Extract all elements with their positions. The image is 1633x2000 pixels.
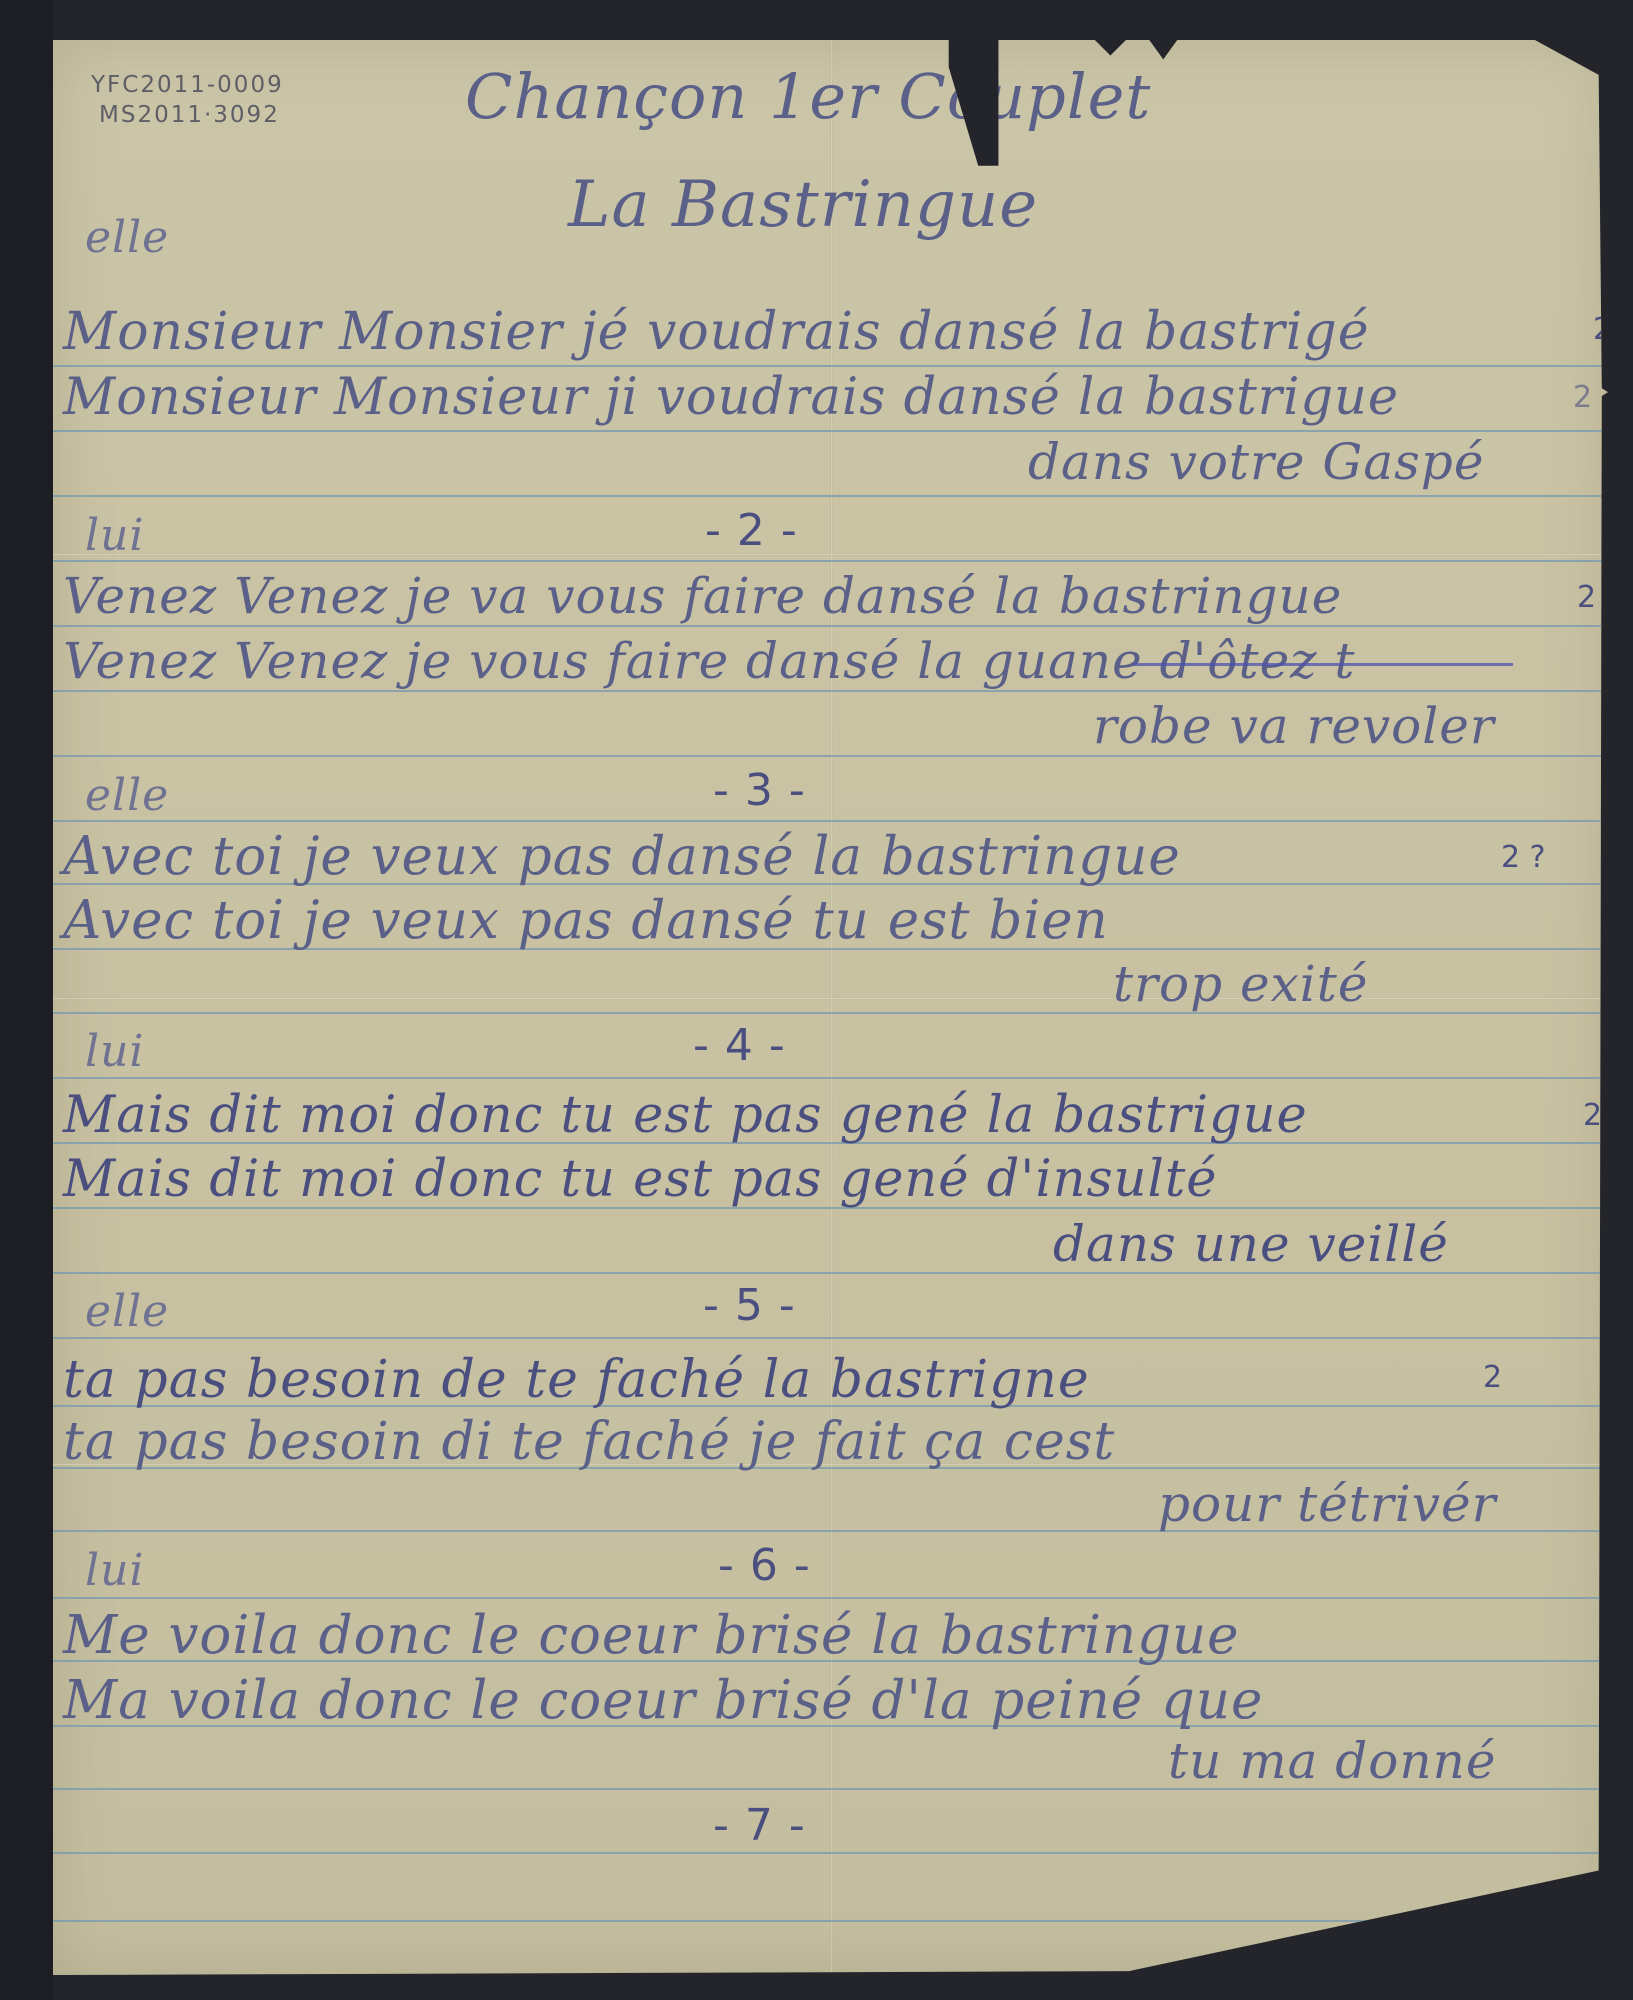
repeat-mark: 2 ? — [1501, 840, 1546, 875]
strikethrough-mark — [1133, 663, 1513, 666]
lyric-line: Venez Venez je vous faire dansé la guane… — [63, 632, 1355, 690]
ruled-line — [53, 495, 1608, 497]
scan-backdrop — [0, 0, 53, 2000]
verse-number: - 6 - — [718, 1540, 811, 1591]
ruled-line — [53, 560, 1608, 562]
lyric-line: Venez Venez je va vous faire dansé la ba… — [63, 567, 1342, 625]
lyric-line: ta pas besoin di te faché je fait ça ces… — [63, 1412, 1115, 1472]
lyric-line-continuation: dans une veillé — [1053, 1215, 1449, 1273]
lyric-line-continuation: trop exité — [1113, 955, 1368, 1013]
ruled-line — [53, 820, 1608, 822]
speaker-label: elle — [85, 1286, 169, 1337]
repeat-mark: 2 — [1577, 580, 1596, 615]
repeat-mark: 2 — [1593, 312, 1612, 347]
accession-number: YFC2011-0009 — [91, 72, 284, 98]
verse-number: - 7 - — [713, 1800, 806, 1851]
ruled-line — [53, 625, 1608, 627]
accession-number: MS2011·3092 — [99, 102, 280, 128]
ruled-line — [53, 690, 1608, 692]
ruled-line — [53, 1012, 1608, 1014]
lyric-line-continuation: robe va revoler — [1093, 697, 1495, 755]
lyric-line-continuation: tu ma donné — [1168, 1732, 1496, 1790]
lyric-line-continuation: pour tétrivér — [1158, 1475, 1497, 1533]
lyric-line: Avec toi je veux pas dansé tu est bien — [63, 890, 1109, 951]
lyric-line: Ma voila donc le coeur brisé d'la peiné … — [63, 1670, 1263, 1731]
lyric-line: Mais dit moi donc tu est pas gené la bas… — [63, 1086, 1308, 1145]
song-title-line-2: La Bastringue — [568, 168, 1038, 242]
lyric-line-continuation: dans votre Gaspé — [1028, 433, 1484, 491]
ruled-line — [53, 1337, 1608, 1339]
speaker-label: elle — [85, 212, 169, 263]
lyric-line: Me voila donc le coeur brisé la bastring… — [63, 1605, 1240, 1666]
speaker-label: lui — [85, 1545, 144, 1596]
verse-number: - 4 - — [693, 1020, 786, 1071]
ruled-line — [53, 430, 1608, 432]
horizontal-fold-crease — [53, 997, 1608, 1000]
ruled-line — [53, 1077, 1608, 1079]
ruled-line — [53, 1920, 1608, 1922]
speaker-label: elle — [85, 770, 169, 821]
ruled-line — [53, 1852, 1608, 1854]
verse-number: - 2 - — [705, 505, 798, 556]
ruled-line — [53, 1597, 1608, 1599]
lyric-line: Mais dit moi donc tu est pas gené d'insu… — [63, 1150, 1218, 1209]
horizontal-fold-crease — [53, 553, 1608, 556]
song-title-line-1: Chançon 1er Couplet — [465, 60, 1151, 133]
lyric-line: ta pas besoin de te faché la bastrigne — [63, 1350, 1090, 1410]
lyric-line: Avec toi je veux pas dansé la bastringue — [63, 826, 1181, 887]
speaker-label: lui — [85, 1026, 144, 1077]
manuscript-page: YFC2011-0009 MS2011·3092 Chançon 1er Cou… — [53, 40, 1608, 1975]
verse-number: - 3 - — [713, 765, 806, 816]
repeat-mark: 2 — [1483, 1360, 1502, 1395]
lyric-line: Monsieur Monsier jé voudrais dansé la ba… — [63, 302, 1369, 362]
lyric-line: Monsieur Monsieur ji voudrais dansé la b… — [63, 368, 1399, 427]
ruled-line — [53, 365, 1608, 367]
repeat-mark: 2 — [1583, 1098, 1602, 1133]
repeat-mark: 2 — [1573, 380, 1592, 415]
verse-number: - 5 - — [703, 1280, 796, 1331]
speaker-label: lui — [85, 510, 144, 561]
ruled-line — [53, 755, 1608, 757]
